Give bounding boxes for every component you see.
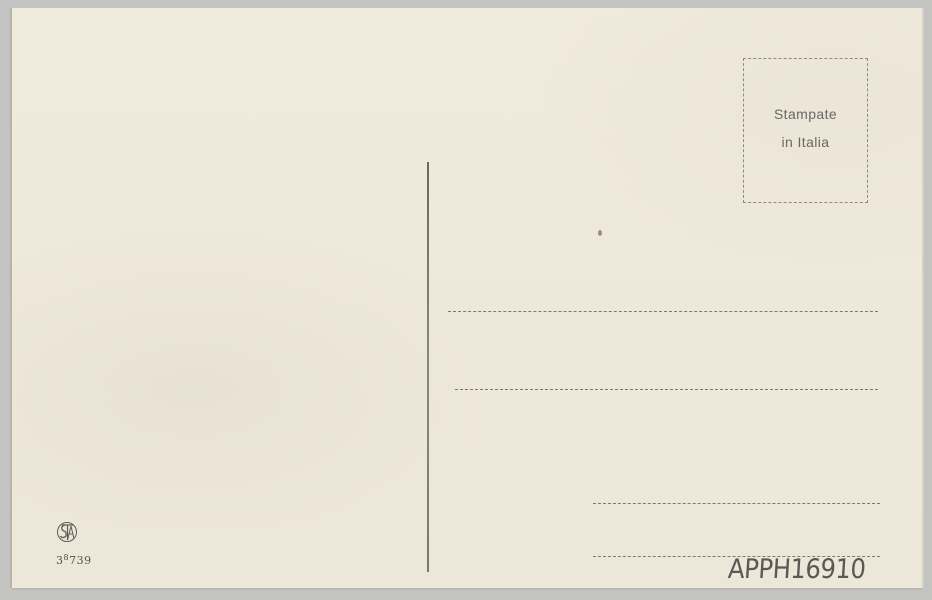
- sta-monogram-icon: [56, 520, 78, 544]
- address-line: [593, 503, 880, 504]
- handwritten-inventory-number: APPH16910: [727, 554, 866, 585]
- address-line: [448, 311, 878, 312]
- address-line: [455, 389, 878, 390]
- catalog-number-suffix: 739: [69, 554, 92, 567]
- catalog-number: 38739: [56, 553, 92, 567]
- postcard-back: Stampate in Italia 38739 APPH16910: [12, 8, 922, 588]
- catalog-number-prefix: 3: [56, 554, 64, 567]
- paper-blemish: [598, 230, 602, 236]
- stamp-box-text-line1: Stampate: [744, 106, 867, 122]
- stamp-placement-box: Stampate in Italia: [743, 58, 868, 203]
- center-divider-line: [427, 162, 429, 572]
- stamp-box-text-line2: in Italia: [744, 134, 867, 150]
